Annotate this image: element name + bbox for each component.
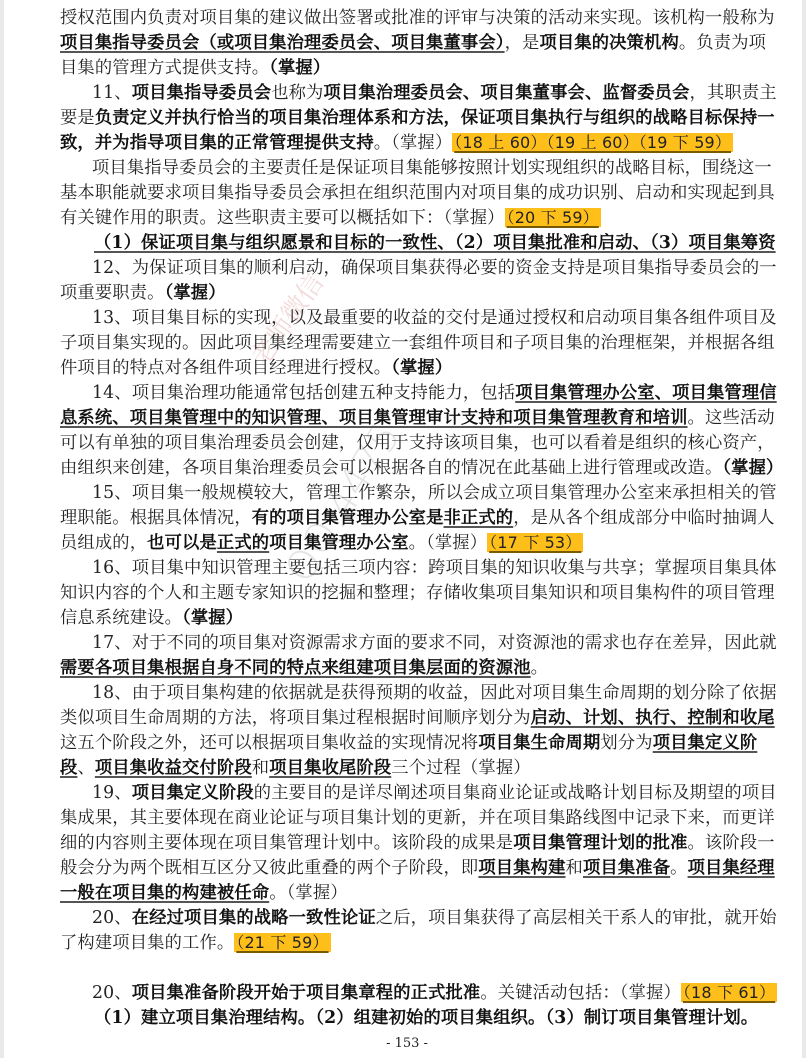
text-line: 知识内容的个人和主题专家知识的挖掘和整理；存储收集项目集知识和项目集构件的项目管…: [60, 581, 750, 605]
text-span: （1）建立项目集治理结构。（2）组建初始的项目集组织。（3）制订项目集管理计划。: [94, 1008, 758, 1028]
text-span: 16、项目集中知识管理主要包括三项内容：跨项目集的知识收集与共享；掌握项目集具体: [92, 558, 777, 578]
text-line: 致，并为指导项目集的正常管理提供支持。（掌握）（18 上 60）（19 上 60…: [60, 131, 750, 155]
text-span: 项目集生命周期: [478, 733, 600, 753]
text-span: 15、项目集一般规模较大，管理工作繁杂，所以会成立项目集管理办公室来承担相关的管: [92, 483, 777, 503]
text-span: 的主要目的是详尽阐述项目集商业论证或战略计划目标及期望的项目: [254, 783, 777, 803]
text-span: 由组织来创建，各项目集治理委员会可以根据各自的情况在此基础上进行管理或改造。: [60, 458, 722, 478]
text-span: 致，并为指导项目集的正常管理提供支持: [60, 133, 374, 153]
text-span: 这五个阶段之外，还可以根据项目集收益的实现情况将: [60, 733, 478, 753]
text-line: 要是负责定义并执行恰当的项目集治理体系和方法，保证项目集执行与组织的战略目标保持…: [60, 106, 750, 130]
text-line: 需要各项目集根据自身不同的特点来组建项目集层面的资源池。: [60, 656, 750, 680]
text-span: 。: [670, 858, 687, 878]
text-line: 由组织来创建，各项目集治理委员会可以根据各自的情况在此基础上进行管理或改造。（掌…: [60, 456, 750, 480]
text-span: 项目集的决策机构: [539, 33, 678, 53]
text-line: 集成果，其主要体现在商业论证与项目集计划的更新，并在项目集路线图中记录下来，而更…: [60, 806, 750, 830]
text-line: 项重要职责。（掌握）: [60, 281, 750, 305]
text-span: 项目集指导委员会（或项目集治理委员会、项目集董事会）: [60, 33, 505, 53]
text-line: 可以有单独的项目集治理委员会创建，仅用于支持该项目集，也可以看着是组织的核心资产…: [60, 431, 750, 455]
text-span: 类似项目生命周期的方法，将项目集过程根据时间顺序划分为: [60, 708, 531, 728]
text-line: 14、项目集治理功能通常包括创建五种支持能力，包括项目集管理办公室、项目集管理信: [92, 381, 782, 405]
text-span: 。这些活动: [688, 408, 775, 428]
text-span: 要是: [60, 108, 95, 128]
text-span: 项目集管理办公室、项目集管理信: [515, 383, 776, 403]
text-span: 需要各项目集根据自身不同的特点来组建项目集层面的资源池: [60, 658, 531, 678]
text-span: 项目集构建: [478, 858, 565, 878]
text-line: 19、项目集定义阶段的主要目的是详尽阐述项目集商业论证或战略计划目标及期望的项目: [92, 781, 782, 805]
text-line: 目集的管理方式提供支持。（掌握）: [60, 56, 750, 80]
text-line: 项目集指导委员会（或项目集治理委员会、项目集董事会），是项目集的决策机构。负责为…: [60, 31, 750, 55]
text-span: 项目集治理委员会、项目集董事会、监督委员会: [323, 83, 689, 103]
text-line: 息系统、项目集管理中的知识管理、项目集管理审计支持和项目集管理教育和培训。这些活…: [60, 406, 750, 430]
text-span: 子项目集实现的。因此项目集经理需要建立一套组件项目和子项目集的治理框架，并根据各…: [60, 333, 775, 353]
text-span: 12、为保证项目集的顺利启动，确保项目集获得必要的资金支持是项目集指导委员会的一: [92, 258, 777, 278]
exam-reference-highlight: （18 下 61）: [681, 983, 777, 1002]
text-span: （掌握）: [722, 458, 783, 478]
text-line: 员组成的，也可以是正式的项目集管理办公室。（掌握）（17 下 53）: [60, 531, 750, 555]
text-line: 17、对于不同的项目集对资源需求方面的要求不同，对资源池的需求也存在差异，因此就: [92, 631, 782, 655]
text-span: 11、: [92, 83, 132, 103]
text-line: 信息系统建设。（掌握）: [60, 606, 750, 630]
text-span: ，是: [505, 33, 540, 53]
text-span: 20、: [92, 908, 132, 928]
text-span: 。负责为项: [679, 33, 766, 53]
text-span: 。（掌握）: [409, 533, 488, 553]
exam-reference-highlight: （17 下 53）: [487, 533, 583, 552]
text-span: 。（掌握）: [269, 883, 348, 903]
text-span: （掌握）: [391, 358, 452, 378]
text-line: 类似项目生命周期的方法，将项目集过程根据时间顺序划分为启动、计划、执行、控制和收…: [60, 706, 750, 730]
text-span: 基本职能就要求项目集指导委员会承担在组织范围内对项目集的成功识别、启动和实现起到…: [60, 183, 775, 203]
text-span: ，其职责主: [690, 83, 777, 103]
text-span: 正式的: [217, 533, 269, 553]
exam-reference-highlight: （18 上 60）（19 上 60）（19 下 59）: [452, 133, 733, 152]
text-span: 在经过项目集的战略一致性论证: [132, 908, 376, 928]
text-span: 18、由于项目集构建的依据就是获得预期的收益，因此对项目集生命周期的划分除了依据: [92, 683, 777, 703]
text-line: 一般在项目集的构建被任命。（掌握）: [60, 881, 750, 905]
text-line: 了构建项目集的工作。（21 下 59）: [60, 931, 750, 955]
text-line: （1）建立项目集治理结构。（2）组建初始的项目集组织。（3）制订项目集管理计划。: [94, 1006, 784, 1030]
text-span: 启动、计划、执行、控制和收尾: [531, 708, 775, 728]
text-span: 也称为: [271, 83, 323, 103]
text-span: 项目集指导委员会: [132, 83, 271, 103]
text-line: 般会分为两个既相互区分又彼此重叠的两个子阶段，即项目集构建和项目集准备。项目集经…: [60, 856, 750, 880]
text-span: 三个过程（掌握）: [391, 758, 530, 778]
text-line: 20、项目集准备阶段开始于项目集章程的正式批准。关键活动包括：（掌握）（18 下…: [92, 981, 782, 1005]
text-span: 和: [252, 758, 269, 778]
text-span: 非正式的: [444, 508, 514, 528]
text-span: 。该阶段一: [688, 833, 775, 853]
text-span: 员组成的，: [60, 533, 147, 553]
text-span: 。（掌握）: [374, 133, 453, 153]
text-line: 这五个阶段之外，还可以根据项目集收益的实现情况将项目集生命周期划分为项目集定义阶: [60, 731, 750, 755]
text-span: 。: [531, 658, 548, 678]
text-span: 项目集定义阶: [653, 733, 758, 753]
text-span: 项目集经理: [688, 858, 775, 878]
text-line: 13、项目集目标的实现，以及最重要的收益的交付是通过授权和启动项目集各组件项目及: [92, 306, 782, 330]
text-span: 19、: [92, 783, 132, 803]
text-span: （1）保证项目集与组织愿景和目标的一致性、（2）项目集批准和启动、（3）项目集筹…: [94, 233, 776, 253]
text-span: 项目集准备阶段开始于项目集章程的正式批准: [132, 983, 481, 1003]
text-span: 件项目的特点对各组件项目经理进行授权。: [60, 358, 391, 378]
text-line: 细的内容则主要体现在项目集管理计划中。该阶段的成果是项目集管理计划的批准。该阶段…: [60, 831, 750, 855]
text-line: 有关键作用的职责。这些职责主要可以概括如下：（掌握）（20 下 59）: [60, 206, 750, 230]
text-span: ，是从各个组成部分中临时抽调人: [513, 508, 774, 528]
text-line: 件项目的特点对各组件项目经理进行授权。（掌握）: [60, 356, 750, 380]
text-span: 。关键活动包括：（掌握）: [480, 983, 681, 1003]
text-span: 划分为: [600, 733, 652, 753]
text-line: 20、在经过项目集的战略一致性论证之后，项目集获得了高层相关干系人的审批，就开始: [92, 906, 782, 930]
text-span: （掌握）: [182, 608, 243, 628]
text-span: 授权范围内负责对项目集的建议做出签署或批准的评审与决策的活动来实现。该机构一般称…: [60, 8, 775, 28]
text-span: （掌握）: [165, 283, 226, 303]
text-span: 、: [77, 758, 94, 778]
text-span: （掌握）: [269, 58, 330, 78]
text-span: 一般在项目集的构建被任命: [60, 883, 269, 903]
text-span: 息系统、项目集管理中的知识管理、项目集管理审计支持和项目集管理教育和培训: [60, 408, 688, 428]
text-span: 可以有单独的项目集治理委员会创建，仅用于支持该项目集，也可以看着是组织的核心资产…: [60, 433, 775, 453]
text-line: （1）保证项目集与组织愿景和目标的一致性、（2）项目集批准和启动、（3）项目集筹…: [94, 231, 784, 255]
text-span: 之后，项目集获得了高层相关干系人的审批，就开始: [376, 908, 777, 928]
text-span: 项目集管理计划的批准: [513, 833, 687, 853]
exam-reference-highlight: （20 下 59）: [505, 208, 601, 227]
text-span: 信息系统建设。: [60, 608, 182, 628]
text-span: 目集的管理方式提供支持。: [60, 58, 269, 78]
text-span: 13、项目集目标的实现，以及最重要的收益的交付是通过授权和启动项目集各组件项目及: [92, 308, 777, 328]
text-span: 项重要职责。: [60, 283, 165, 303]
text-line: 理职能。根据具体情况，有的项目集管理办公室是非正式的，是从各个组成部分中临时抽调…: [60, 506, 750, 530]
text-span: 20、: [92, 983, 132, 1003]
text-line: 18、由于项目集构建的依据就是获得预期的收益，因此对项目集生命周期的划分除了依据: [92, 681, 782, 705]
text-span: 项目集收尾阶段: [269, 758, 391, 778]
page-number: - 153 -: [4, 1036, 806, 1051]
text-line: 12、为保证项目集的顺利启动，确保项目集获得必要的资金支持是项目集指导委员会的一: [92, 256, 782, 280]
text-line: 16、项目集中知识管理主要包括三项内容：跨项目集的知识收集与共享；掌握项目集具体: [92, 556, 782, 580]
text-span: 集成果，其主要体现在商业论证与项目集计划的更新，并在项目集路线图中记录下来，而更…: [60, 808, 775, 828]
text-line: 11、项目集指导委员会也称为项目集治理委员会、项目集董事会、监督委员会，其职责主: [92, 81, 782, 105]
text-span: 14、项目集治理功能通常包括创建五种支持能力，包括: [92, 383, 515, 403]
text-span: 项目集定义阶段: [132, 783, 254, 803]
text-span: 负责定义并执行恰当的项目集治理体系和方法，保证项目集执行与组织的战略目标保持一: [95, 108, 775, 128]
text-span: 知识内容的个人和主题专家知识的挖掘和整理；存储收集项目集知识和项目集构件的项目管…: [60, 583, 775, 603]
document-page: 老师微信 QQ:4475 授权范围内负责对项目集的建议做出签署或批准的评审与决策…: [4, 0, 802, 1058]
text-span: 项目集准备: [583, 858, 670, 878]
text-span: 有关键作用的职责。这些职责主要可以概括如下：（掌握）: [60, 208, 505, 228]
text-span: 项目集收益交付阶段: [95, 758, 252, 778]
text-line: 授权范围内负责对项目集的建议做出签署或批准的评审与决策的活动来实现。该机构一般称…: [60, 6, 750, 30]
text-span: 有的项目集管理办公室是: [252, 508, 444, 528]
text-span: 般会分为两个既相互区分又彼此重叠的两个子阶段，即: [60, 858, 478, 878]
text-span: 也可以是: [147, 533, 217, 553]
text-line: 段、项目集收益交付阶段和项目集收尾阶段三个过程（掌握）: [60, 756, 750, 780]
text-line: 基本职能就要求项目集指导委员会承担在组织范围内对项目集的成功识别、启动和实现起到…: [60, 181, 750, 205]
text-line: 子项目集实现的。因此项目集经理需要建立一套组件项目和子项目集的治理框架，并根据各…: [60, 331, 750, 355]
text-span: 17、对于不同的项目集对资源需求方面的要求不同，对资源池的需求也存在差异，因此就: [92, 633, 777, 653]
text-span: 段: [60, 758, 77, 778]
text-span: 项目集管理办公室: [269, 533, 408, 553]
text-span: 和: [566, 858, 583, 878]
text-span: 理职能。根据具体情况，: [60, 508, 252, 528]
exam-reference-highlight: （21 下 59）: [234, 933, 330, 952]
text-line: 项目集指导委员会的主要责任是保证项目集能够按照计划实现组织的战略目标，围绕这一: [92, 156, 782, 180]
text-span: 细的内容则主要体现在项目集管理计划中。该阶段的成果是: [60, 833, 513, 853]
text-span: 了构建项目集的工作。: [60, 933, 234, 953]
text-span: 项目集指导委员会的主要责任是保证项目集能够按照计划实现组织的战略目标，围绕这一: [92, 158, 772, 178]
text-line: 15、项目集一般规模较大，管理工作繁杂，所以会成立项目集管理办公室来承担相关的管: [92, 481, 782, 505]
